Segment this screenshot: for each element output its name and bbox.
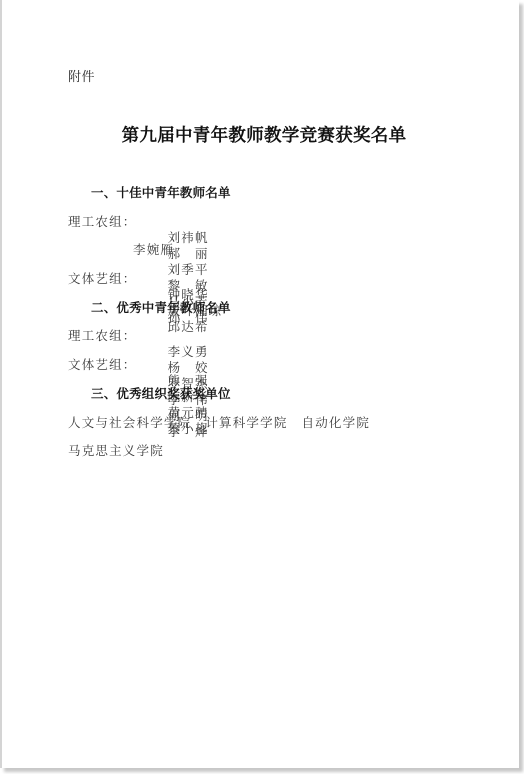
section-heading-top-ten: 一、十佳中青年教师名单 [91,185,231,201]
section-heading-excellent: 二、优秀中青年教师名单 [91,300,231,316]
section-heading-organization-award: 三、优秀组织奖获奖单位 [91,386,231,402]
award-unit-row: 马克思主义学院 [68,443,178,459]
group-label: 文体艺组： [68,357,137,373]
name-list: 熊 强 陈新华 黄元骋 蔡小鋆 [137,357,221,453]
award-unit: 马克思主义学院 [68,443,164,459]
group-row-continuation: 李婉雁 [133,242,186,258]
attachment-label: 附件 [68,70,95,86]
award-unit: 人文与社会科学学院 [68,415,191,431]
award-unit: 计算科学学院 [205,415,287,431]
document-page: 附件 第九届中青年教师教学竞赛获奖名单 一、十佳中青年教师名单 理工农组： 刘祎… [0,0,519,768]
group-label: 文体艺组： [68,271,137,287]
award-unit: 自动化学院 [302,415,371,431]
award-unit-row: 人文与社会科学学院 计算科学学院 自动化学院 [68,415,384,431]
group-label: 理工农组： [68,328,137,344]
document-title: 第九届中青年教师教学竞赛获奖名单 [2,125,524,147]
teacher-name: 李婉雁 [133,242,174,258]
group-label: 理工农组： [68,214,137,230]
group-row-arts-sports: 文体艺组： 熊 强 陈新华 黄元骋 蔡小鋆 [68,357,221,453]
